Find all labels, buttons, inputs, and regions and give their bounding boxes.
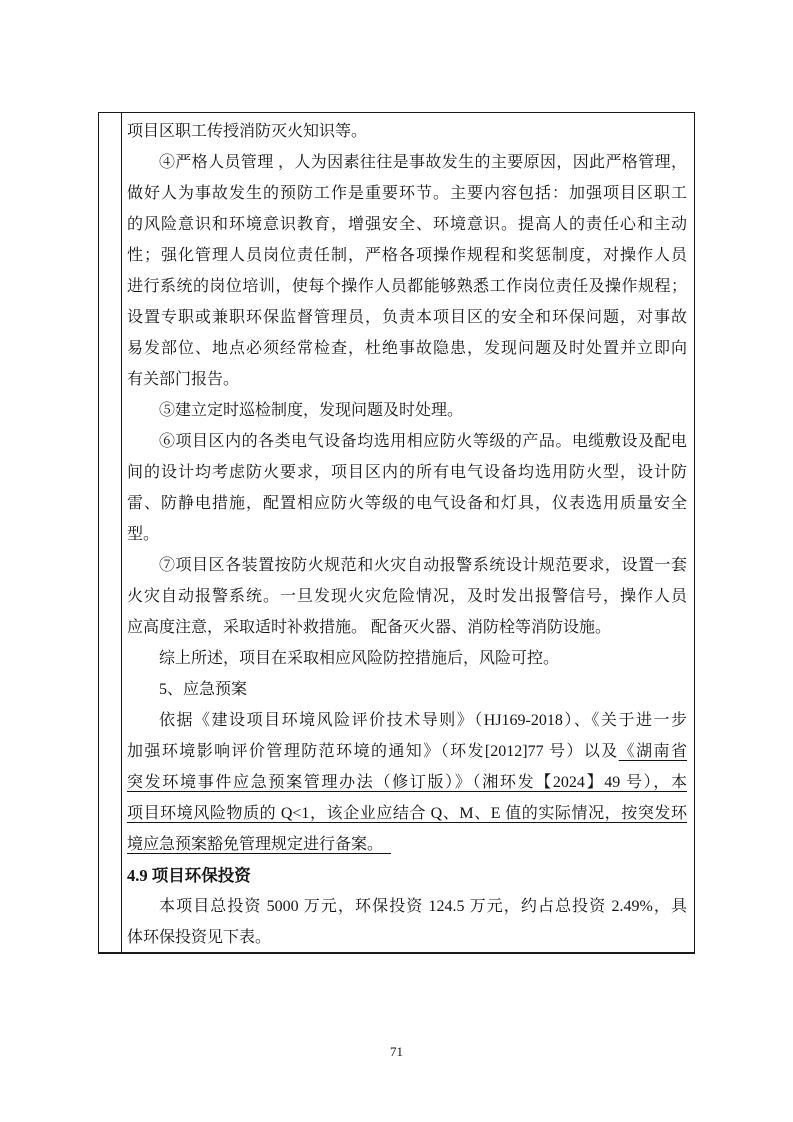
text-line: 项目环境风险物质的 Q<1，该企业应结合 Q、M、E 值的实际情况，按突发环	[127, 798, 687, 829]
text-line: 有关部门报告。	[127, 364, 687, 395]
text-line: 突发环境事件应急预案管理办法（修订版）》（湘环发【2024】49 号），本	[127, 767, 687, 798]
table-content-cell: 项目区职工传授消防灭火知识等。④严格人员管理 ，人为因素往往是事故发生的主要原因…	[122, 113, 694, 952]
text-line: 境应急预案豁免管理规定进行备案。	[127, 829, 687, 860]
text-line: 体环保投资见下表。	[127, 922, 687, 952]
text-line: 易发部位、地点必须经常检查，杜绝事故隐患，发现问题及时处置并立即向	[127, 333, 687, 364]
text-line: 火灾自动报警系统。一旦发现火灾危险情况，及时发出报警信号，操作人员	[127, 581, 687, 612]
table-left-column-cell	[99, 113, 122, 952]
text-line: 本项目总投资 5000 万元，环保投资 124.5 万元，约占总投资 2.49%…	[127, 891, 687, 922]
text-line: ④严格人员管理 ，人为因素往往是事故发生的主要原因，因此严格管理，	[127, 147, 687, 178]
text-line: 性；强化管理人员岗位责任制，严格各项操作规程和奖惩制度，对操作人员	[127, 240, 687, 271]
content-table: 项目区职工传授消防灭火知识等。④严格人员管理 ，人为因素往往是事故发生的主要原因…	[98, 112, 695, 954]
text-line: ⑥项目区内的各类电气设备均选用相应防火等级的产品。电缆敷设及配电	[127, 426, 687, 457]
text-line: 综上所述，项目在采取相应风险防控措施后，风险可控。	[127, 643, 687, 674]
text-line: ⑦项目区各装置按防火规范和火灾自动报警系统设计规范要求，设置一套	[127, 550, 687, 581]
text-line: 加强环境影响评价管理防范环境的通知》（环发[2012]77 号）以及《湖南省	[127, 736, 687, 767]
text-line: 依据《建设项目环境风险评价技术导则》（HJ169-2018）、《关于进一步	[127, 705, 687, 736]
text-line: 进行系统的岗位培训，使每个操作人员都能够熟悉工作岗位责任及操作规程；	[127, 271, 687, 302]
text-line: 应高度注意，采取适时补救措施。 配备灭火器、消防栓等消防设施。	[127, 612, 687, 643]
text-line: 设置专职或兼职环保监督管理员，负责本项目区的安全和环保问题，对事故	[127, 302, 687, 333]
document-page: 项目区职工传授消防灭火知识等。④严格人员管理 ，人为因素往往是事故发生的主要原因…	[0, 0, 793, 1122]
text-line: 间的设计均考虑防火要求，项目区内的所有电气设备均选用防火型，设计防	[127, 457, 687, 488]
text-line: 4.9 项目环保投资	[127, 860, 687, 891]
text-line: 项目区职工传授消防灭火知识等。	[127, 116, 687, 147]
text-line: 雷、防静电措施，配置相应防火等级的电气设备和灯具，仪表选用质量安全	[127, 488, 687, 519]
page-number: 71	[0, 1044, 793, 1060]
text-line: 的风险意识和环境意识教育，增强安全、环境意识。提高人的责任心和主动	[127, 209, 687, 240]
text-line: ⑤建立定时巡检制度，发现问题及时处理。	[127, 395, 687, 426]
text-line: 5、应急预案	[127, 674, 687, 705]
text-line: 型。	[127, 519, 687, 550]
text-line: 做好人为事故发生的预防工作是重要环节。主要内容包括：加强项目区职工	[127, 178, 687, 209]
